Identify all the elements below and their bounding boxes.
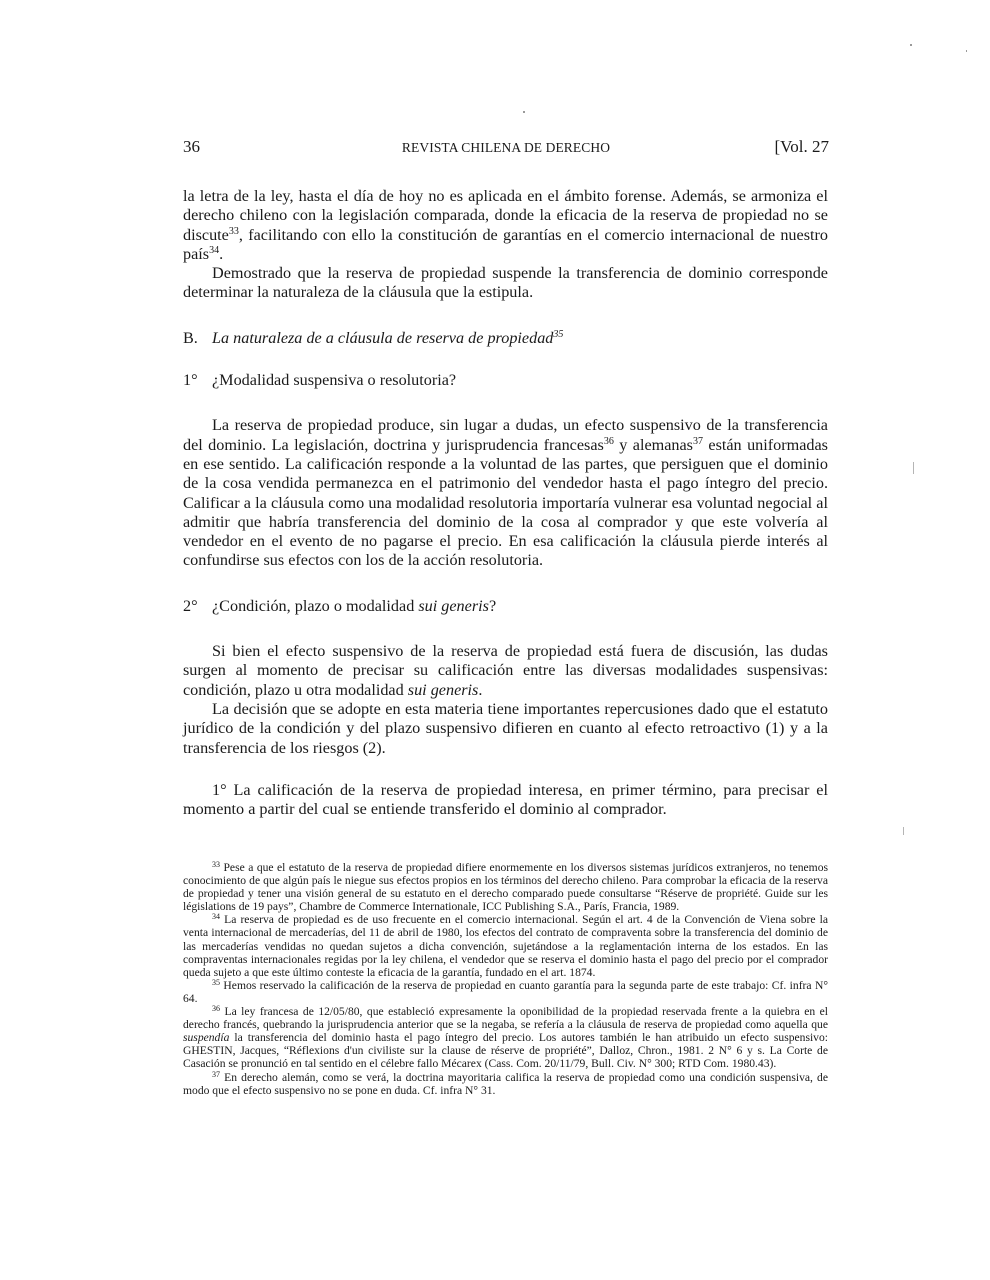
text-run: ¿Condición, plazo o modalidad: [212, 597, 418, 615]
text-run: Si bien el efecto suspensivo de la reser…: [183, 642, 828, 699]
scan-speck: [966, 50, 967, 52]
footnote-number: 33: [212, 860, 220, 869]
section-title: La naturaleza de a cláusula de reserva d…: [212, 329, 553, 347]
subsection-title: ¿Condición, plazo o modalidad sui generi…: [212, 597, 496, 616]
paragraph-continuation: la letra de la ley, hasta el día de hoy …: [183, 187, 828, 264]
text-run: ?: [489, 597, 496, 615]
footnote-ref-36[interactable]: 36: [604, 436, 614, 447]
paragraph-si-bien: Si bien el efecto suspensivo de la reser…: [183, 642, 828, 700]
paragraph-reserva: La reserva de propiedad produce, sin lug…: [183, 416, 828, 570]
footnote-33: 33 Pese a que el estatuto de la reserva …: [183, 861, 828, 913]
section-label: B.: [183, 329, 212, 348]
footnote-ref-37[interactable]: 37: [693, 436, 703, 447]
footnotes: 33 Pese a que el estatuto de la reserva …: [183, 861, 828, 1097]
section-heading-b: B. La naturaleza de a cláusula de reserv…: [183, 329, 828, 348]
text-run: .: [478, 681, 482, 699]
text-run: están uniformadas en ese sentido. La cal…: [183, 436, 828, 570]
footnote-35: 35 Hemos reservado la calificación de la…: [183, 979, 828, 1005]
footnote-text: la transferencia del dominio hasta el pa…: [183, 1031, 828, 1070]
subsection-label: 2°: [183, 597, 212, 616]
subsection-label: 1°: [183, 371, 212, 390]
footnote-ref-35[interactable]: 35: [553, 329, 563, 340]
footnote-number: 37: [212, 1070, 220, 1079]
text-run: y alemanas: [614, 436, 693, 454]
text-run: .: [219, 245, 223, 263]
footnote-number: 34: [212, 912, 220, 921]
footnote-34: 34 La reserva de propiedad es de uso fre…: [183, 913, 828, 978]
italic-term: sui generis: [408, 681, 479, 699]
text-run: , facilitando con ello la constitución d…: [183, 226, 828, 263]
subsection-heading-1: 1° ¿Modalidad suspensiva o resolutoria?: [183, 371, 828, 390]
subsection-title: ¿Modalidad suspensiva o resolutoria?: [212, 371, 456, 390]
footnote-text: Hemos reservado la calificación de la re…: [183, 979, 828, 1005]
document-page: 36 REVISTA CHILENA DE DERECHO [Vol. 27 l…: [0, 0, 990, 1280]
footnote-number: 36: [212, 1004, 220, 1013]
scan-speck: [910, 44, 912, 46]
running-head: 36 REVISTA CHILENA DE DERECHO [Vol. 27: [183, 137, 829, 161]
italic-term: sui generis: [418, 597, 489, 615]
journal-title: REVISTA CHILENA DE DERECHO: [183, 140, 829, 156]
paragraph-demostrado: Demostrado que la reserva de propiedad s…: [183, 264, 828, 303]
footnote-ref-33[interactable]: 33: [229, 226, 239, 237]
paragraph-primero: 1° La calificación de la reserva de prop…: [183, 781, 828, 820]
footnote-text: La ley francesa de 12/05/80, que estable…: [183, 1005, 828, 1031]
footnote-number: 35: [212, 978, 220, 987]
body-text: la letra de la ley, hasta el día de hoy …: [183, 187, 828, 819]
footnote-text: Pese a que el estatuto de la reserva de …: [183, 861, 828, 913]
scan-speck: [913, 462, 914, 474]
volume-label: [Vol. 27: [775, 137, 829, 157]
footnote-ref-34[interactable]: 34: [209, 245, 219, 256]
footnote-36: 36 La ley francesa de 12/05/80, que esta…: [183, 1005, 828, 1070]
scan-speck: [903, 827, 904, 835]
subsection-heading-2: 2° ¿Condición, plazo o modalidad sui gen…: [183, 597, 828, 616]
italic-term: suspendía: [183, 1031, 229, 1044]
footnote-text: La reserva de propiedad es de uso frecue…: [183, 913, 828, 978]
footnote-37: 37 En derecho alemán, como se verá, la d…: [183, 1071, 828, 1097]
footnote-text: En derecho alemán, como se verá, la doct…: [183, 1071, 828, 1097]
paragraph-decision: La decisión que se adopte en esta materi…: [183, 700, 828, 758]
scan-speck: [523, 111, 525, 113]
